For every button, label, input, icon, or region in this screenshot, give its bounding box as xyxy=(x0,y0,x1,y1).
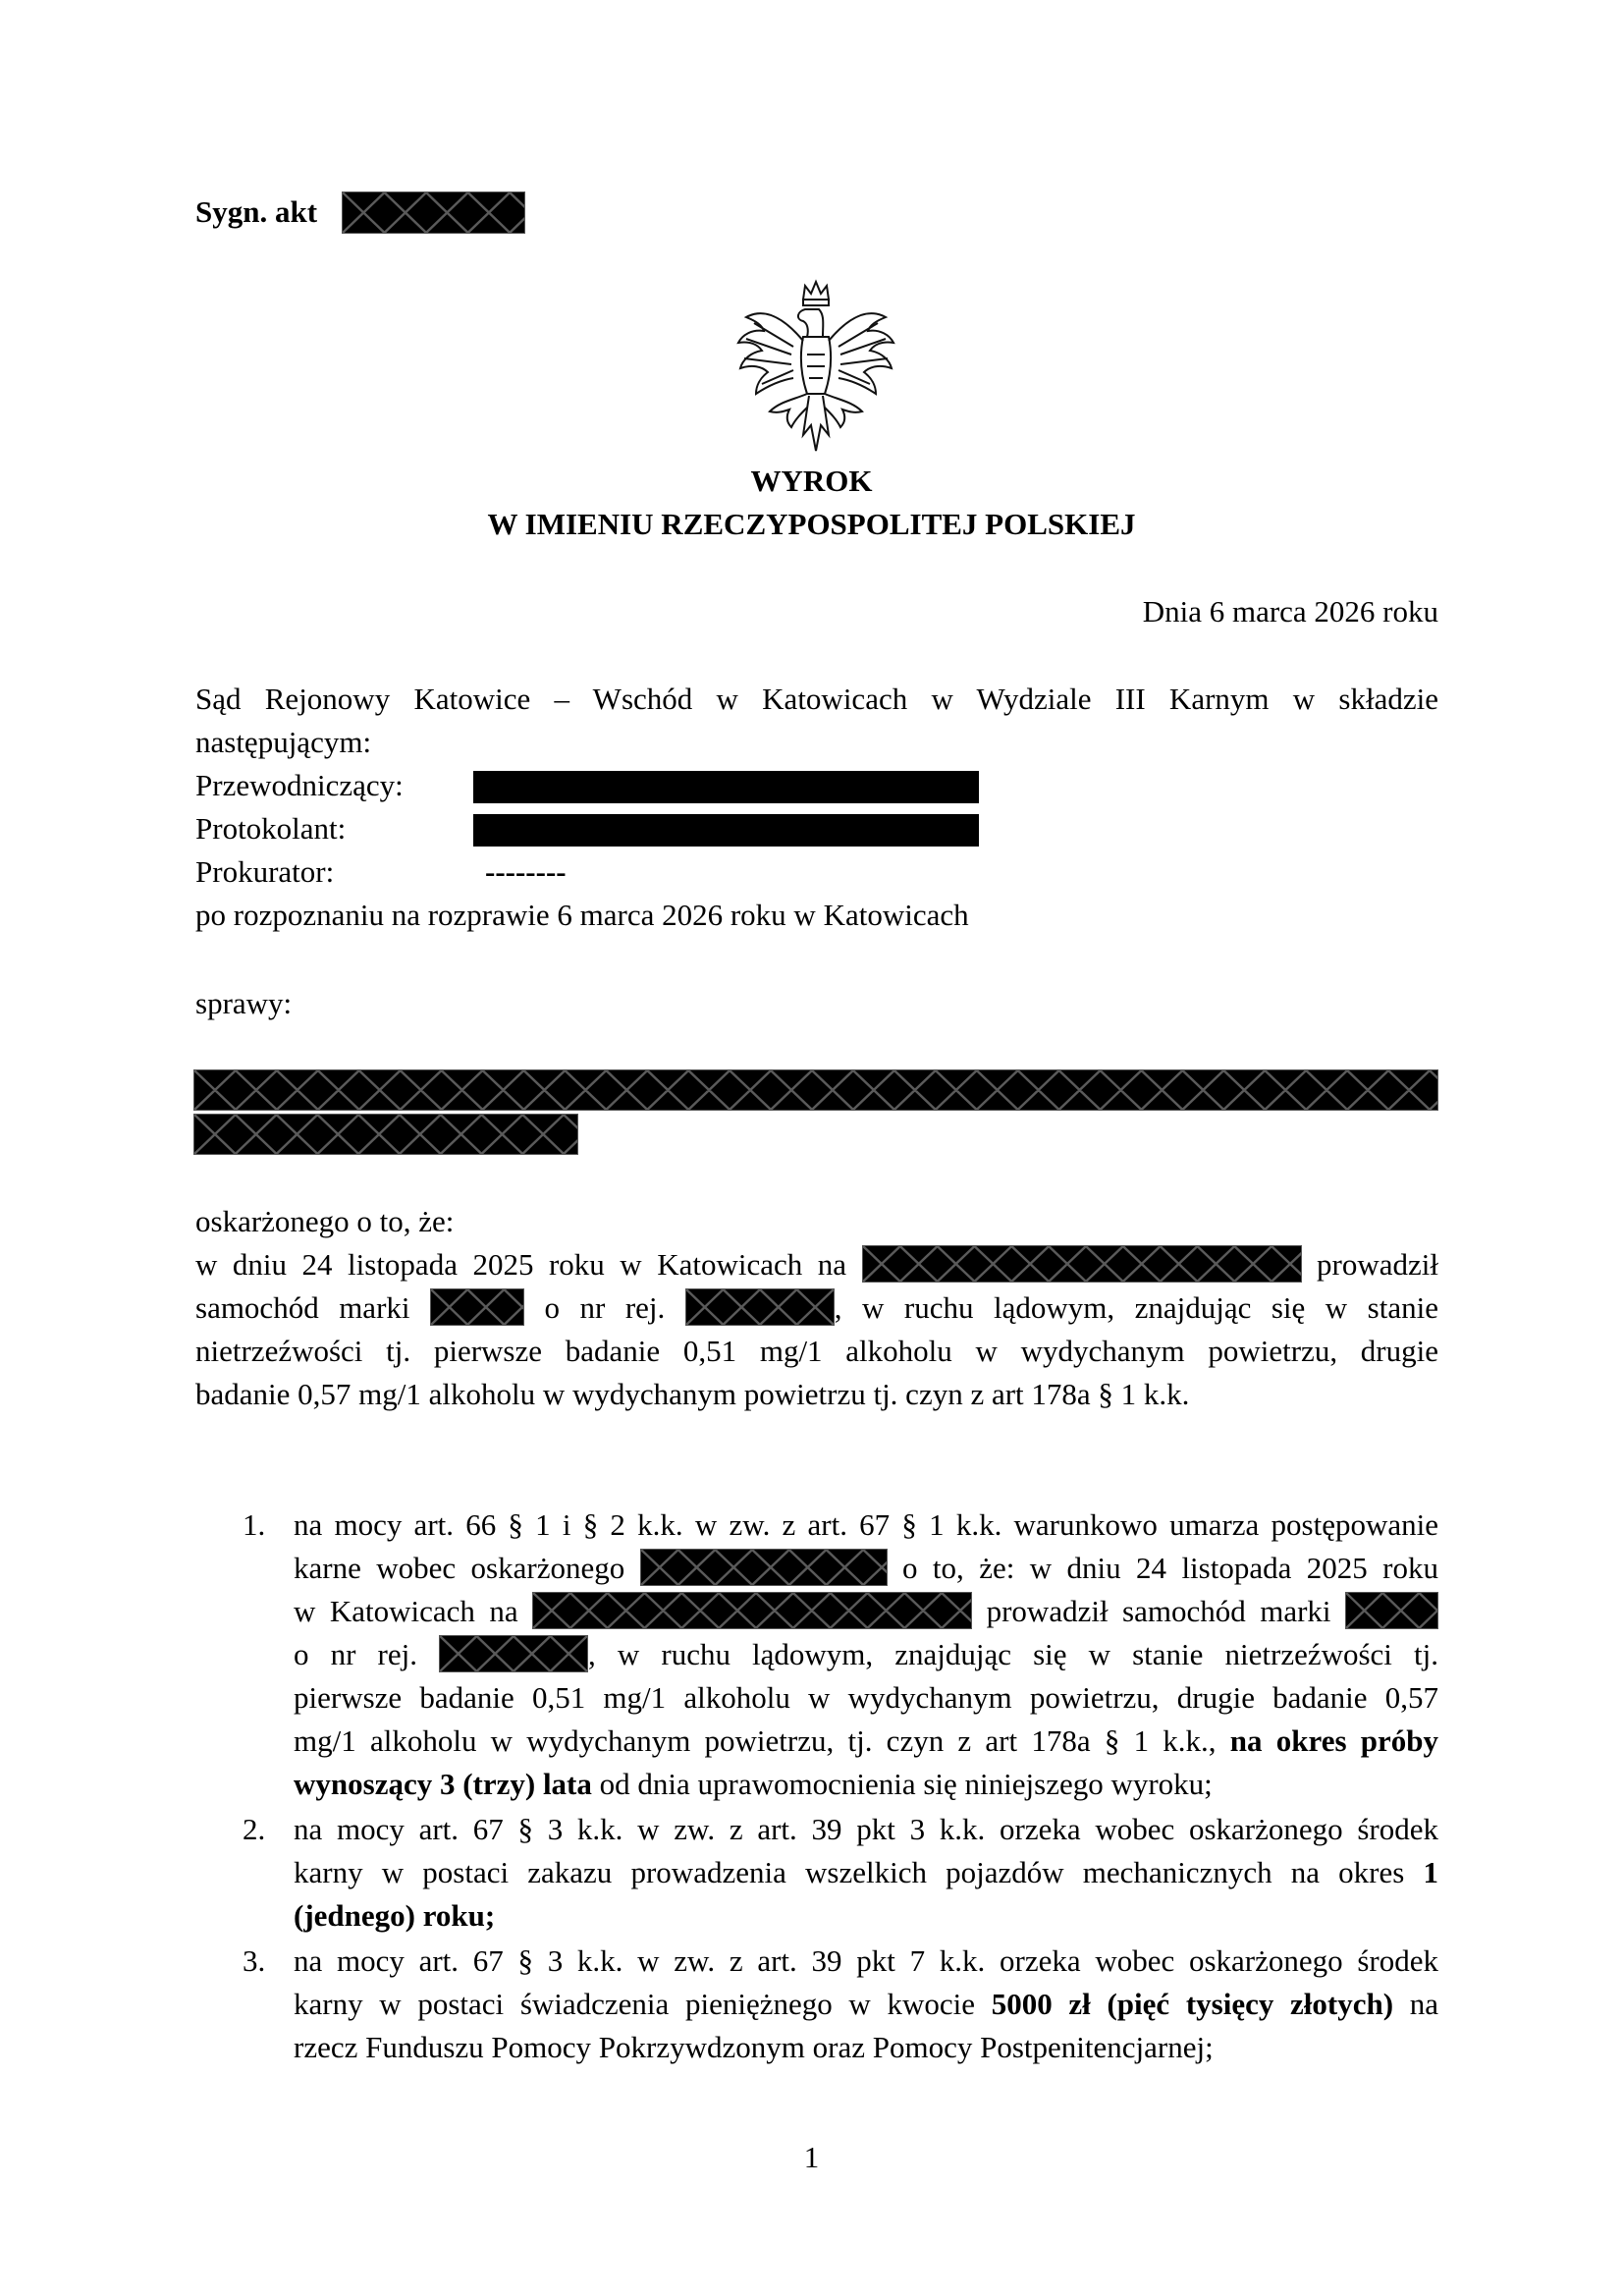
prosecutor-value: -------- xyxy=(485,850,567,894)
verdict-text: o nr rej. xyxy=(294,1637,417,1671)
prosecutor-label: Prokurator: xyxy=(195,850,334,894)
charge-text: samochód marki xyxy=(195,1290,410,1325)
verdict-item-1-line: pierwsze badanie 0,51 mg/1 alkoholu w wy… xyxy=(294,1676,1438,1720)
document-page: Sygn. akt WYROK W IMIENIU RZECZYPOS xyxy=(0,0,1623,2296)
presiding-label: Przewodniczący: xyxy=(195,764,404,807)
charge-text: w dniu 24 listopada 2025 roku w Katowica… xyxy=(195,1247,846,1282)
verdict-emphasis: wynoszący 3 (trzy) lata xyxy=(294,1767,592,1801)
verdict-text: od dnia uprawomocnienia się niniejszego … xyxy=(600,1767,1213,1801)
page-number: 1 xyxy=(0,2136,1623,2179)
verdict-text: karne wobec oskarżonego xyxy=(294,1551,624,1585)
verdict-item-1-line: o nr rej. , w ruchu lądowym, znajdując s… xyxy=(294,1633,1438,1676)
redacted-defendant-name xyxy=(640,1549,888,1586)
redacted-case-description-line-1 xyxy=(193,1069,1438,1111)
verdict-item-1-line: mg/1 alkoholu w wydychanym powietrzu, tj… xyxy=(294,1720,1438,1763)
redacted-case-signature xyxy=(342,191,525,234)
redacted-location xyxy=(532,1592,972,1629)
verdict-title: WYROK xyxy=(0,460,1623,503)
verdict-emphasis: na okres próby xyxy=(1230,1723,1438,1758)
charge-text: prowadził xyxy=(1317,1247,1438,1282)
verdict-item-3-line: karny w postaci świadczenia pieniężnego … xyxy=(294,1983,1438,2026)
verdict-text: mg/1 alkoholu w wydychanym powietrzu, tj… xyxy=(294,1723,1217,1758)
verdict-emphasis: 1 xyxy=(1424,1855,1439,1889)
redacted-case-description-line-2 xyxy=(193,1114,578,1155)
charge-line-2: samochód marki o nr rej. , w ruchu lądow… xyxy=(195,1286,1438,1330)
verdict-date: Dnia 6 marca 2026 roku xyxy=(1143,590,1438,633)
charge-line-1: w dniu 24 listopada 2025 roku w Katowica… xyxy=(195,1243,1438,1286)
clerk-label: Protokolant: xyxy=(195,807,346,850)
verdict-text: , w ruchu lądowym, znajdując się w stani… xyxy=(588,1637,1438,1671)
verdict-item-1-line: wynoszący 3 (trzy) lata od dnia uprawomo… xyxy=(294,1763,1438,1806)
verdict-text: karny w postaci zakazu prowadzenia wszel… xyxy=(294,1855,1404,1889)
redacted-car-make xyxy=(1345,1592,1438,1629)
charge-text: o nr rej. xyxy=(545,1290,666,1325)
court-line-1: Sąd Rejonowy Katowice – Wschód w Katowic… xyxy=(195,678,1438,721)
verdict-item-2-number: 2. xyxy=(243,1808,265,1851)
verdict-text: na xyxy=(1410,1987,1438,2021)
case-signature-label: Sygn. akt xyxy=(195,191,317,234)
redacted-location xyxy=(862,1245,1302,1283)
verdict-item-2-line: karny w postaci zakazu prowadzenia wszel… xyxy=(294,1851,1438,1894)
verdict-text: o to, że: w dniu 24 listopada 2025 roku xyxy=(902,1551,1438,1585)
verdict-text: w Katowicach na xyxy=(294,1594,518,1628)
charge-line-4: badanie 0,57 mg/1 alkoholu w wydychanym … xyxy=(195,1373,1438,1416)
hearing-line: po rozpoznaniu na rozprawie 6 marca 2026… xyxy=(195,894,969,937)
redacted-registration xyxy=(685,1288,835,1326)
court-line-2: następującym: xyxy=(195,721,371,764)
verdict-item-2-line: na mocy art. 67 § 3 k.k. w zw. z art. 39… xyxy=(294,1808,1438,1851)
verdict-item-1-line: karne wobec oskarżonego o to, że: w dniu… xyxy=(294,1547,1438,1590)
verdict-item-1-line: w Katowicach na prowadził samochód marki xyxy=(294,1590,1438,1633)
redacted-registration xyxy=(439,1635,588,1672)
verdict-item-3-line: rzecz Funduszu Pomocy Pokrzywdzonym oraz… xyxy=(294,2026,1438,2069)
polish-eagle-emblem-icon xyxy=(734,278,897,457)
verdict-item-3-line: na mocy art. 67 § 3 k.k. w zw. z art. 39… xyxy=(294,1940,1438,1983)
verdict-emphasis: (jednego) roku; xyxy=(294,1898,495,1933)
charge-text: , w ruchu lądowym, znajdując się w stani… xyxy=(835,1290,1438,1325)
redacted-car-make xyxy=(430,1288,524,1326)
verdict-item-1-line: na mocy art. 66 § 1 i § 2 k.k. w zw. z a… xyxy=(294,1503,1438,1547)
redacted-clerk xyxy=(473,814,979,847)
verdict-item-1-number: 1. xyxy=(243,1503,265,1547)
redacted-presiding-judge xyxy=(473,771,979,803)
case-label: sprawy: xyxy=(195,982,292,1025)
verdict-text: karny w postaci świadczenia pieniężnego … xyxy=(294,1987,975,2021)
verdict-item-2-line: (jednego) roku; xyxy=(294,1894,1438,1938)
verdict-item-3-number: 3. xyxy=(243,1940,265,1983)
verdict-text: prowadził samochód marki xyxy=(987,1594,1331,1628)
verdict-subtitle: W IMIENIU RZECZYPOSPOLITEJ POLSKIEJ xyxy=(0,503,1623,546)
verdict-emphasis: 5000 zł (pięć tysięcy złotych) xyxy=(992,1987,1393,2021)
charge-line-3: nietrzeźwości tj. pierwsze badanie 0,51 … xyxy=(195,1330,1438,1373)
charge-intro: oskarżonego o to, że: xyxy=(195,1200,454,1243)
